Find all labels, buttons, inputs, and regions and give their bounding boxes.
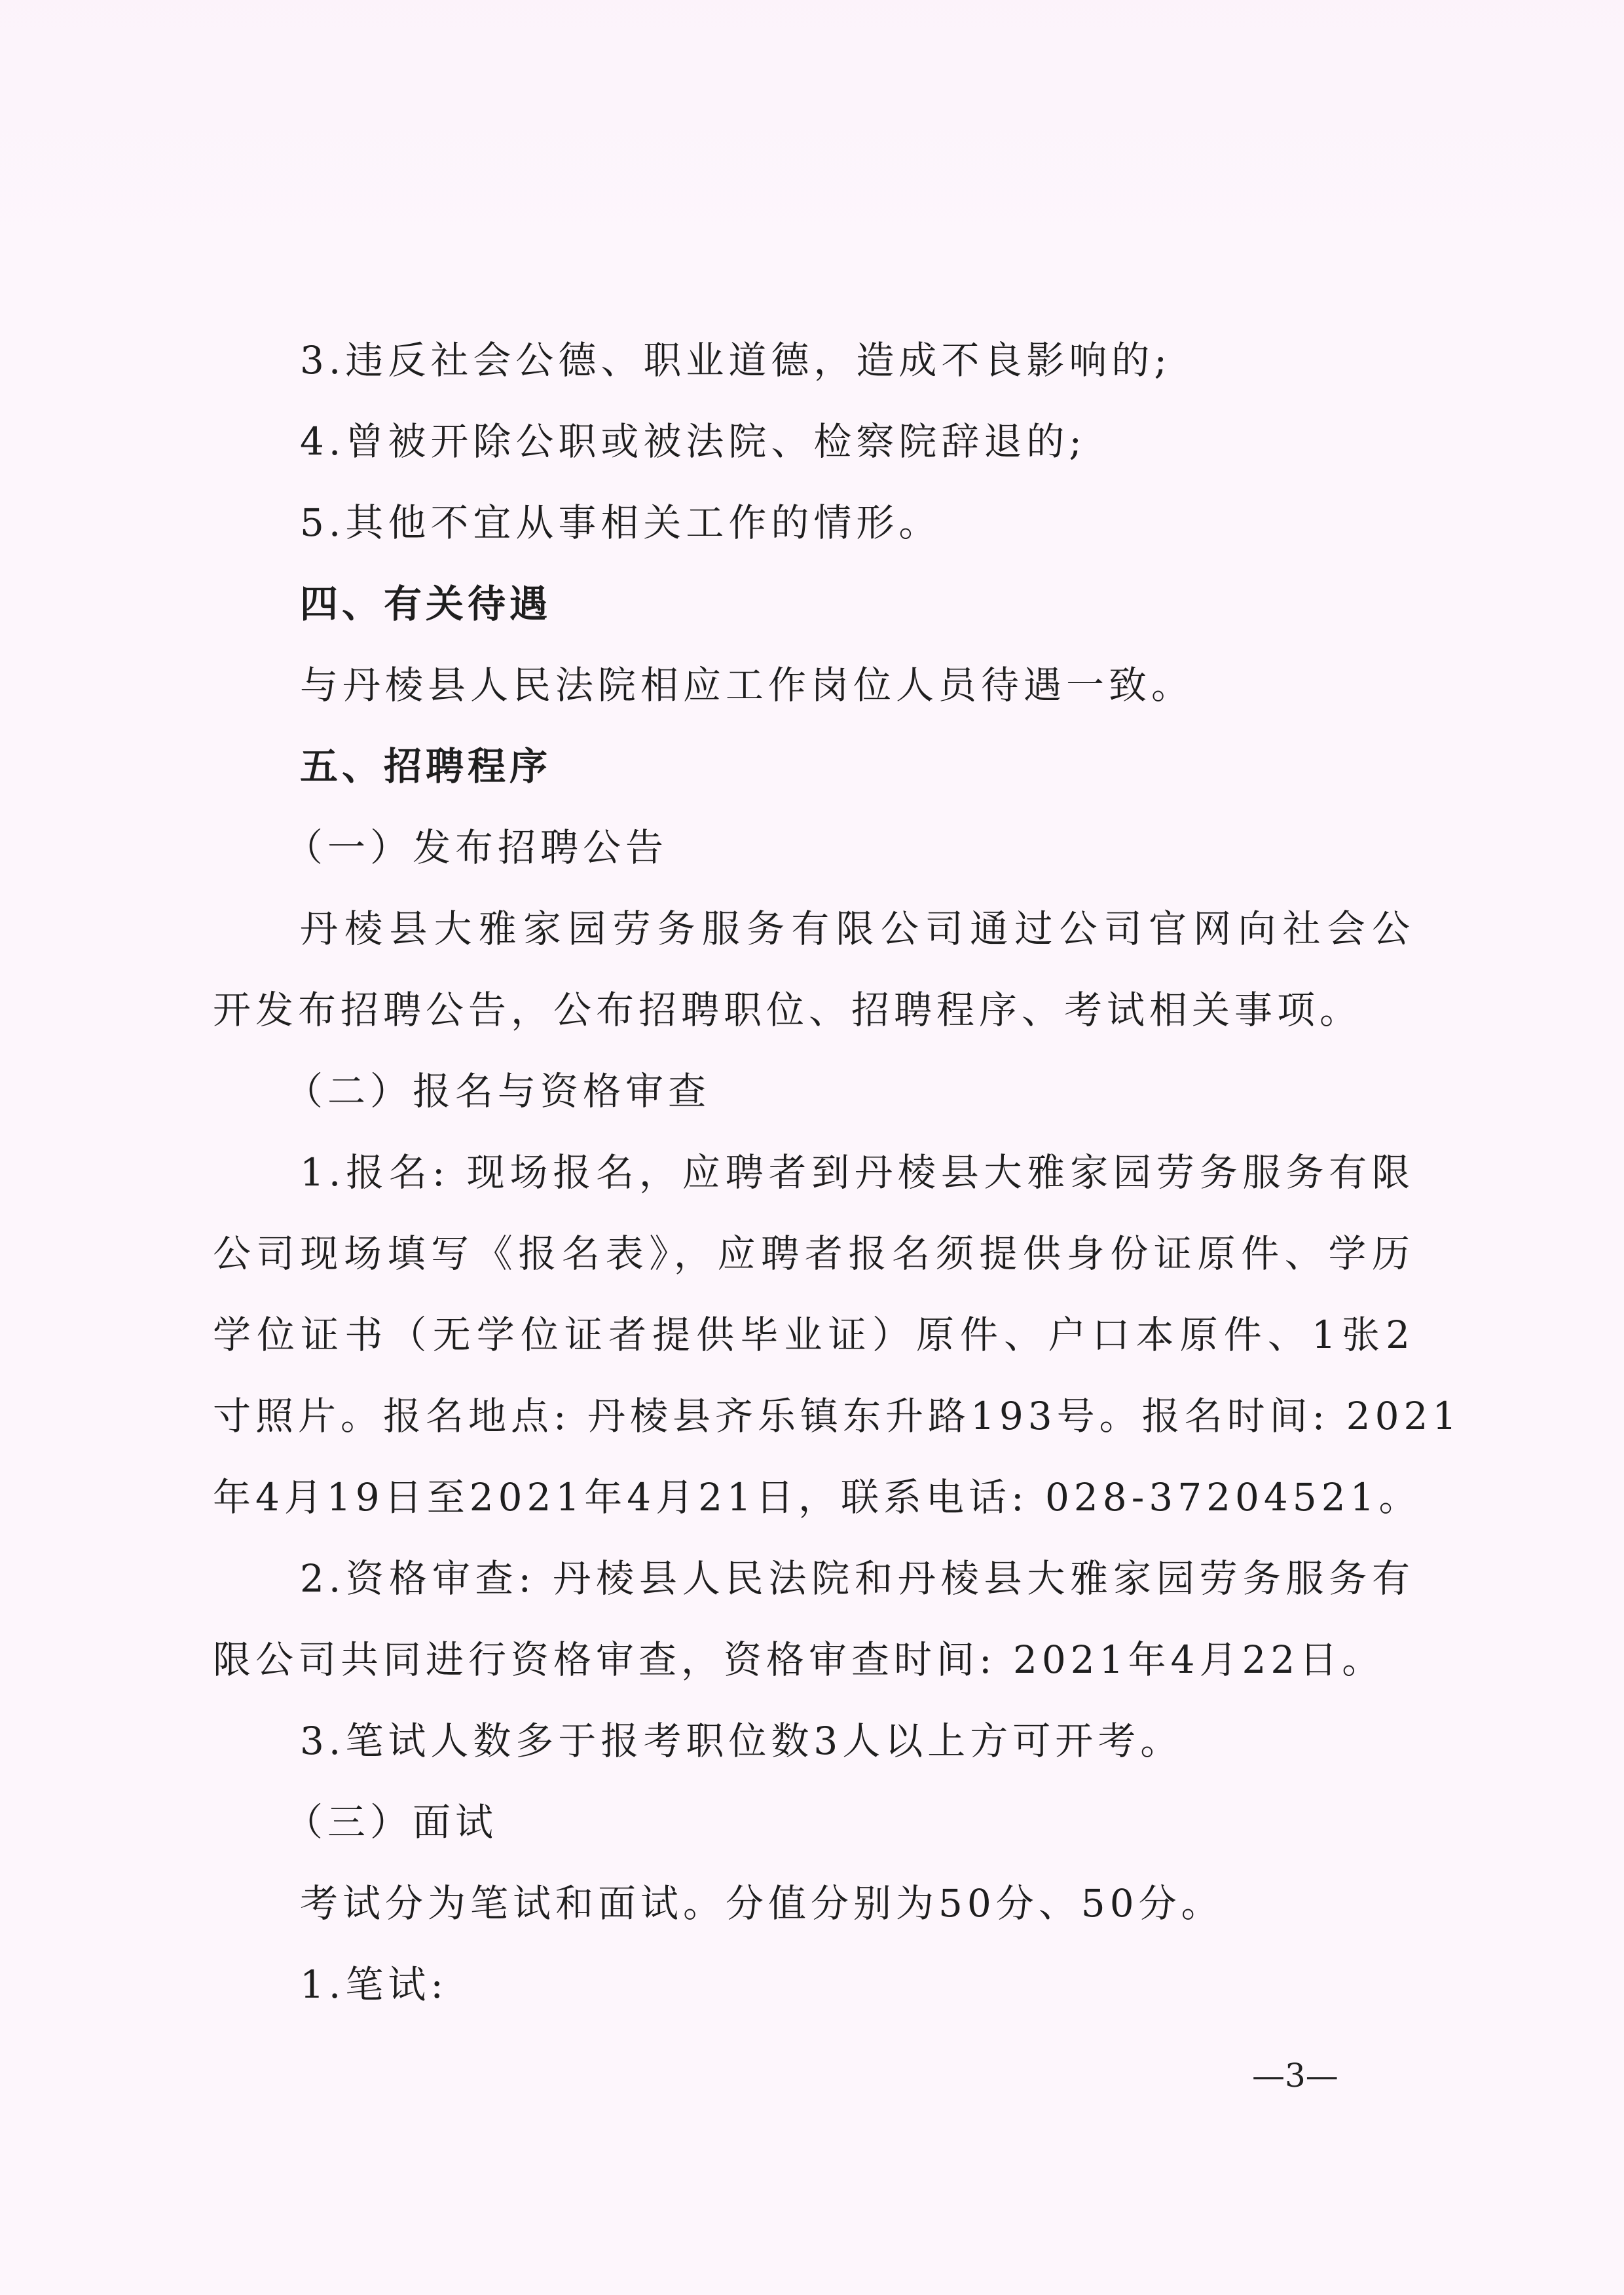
page-number: —3— [1252, 2057, 1338, 2095]
list-item-disqualification-4: 4.曾被开除公职或被法院、检察院辞退的; [300, 401, 1086, 482]
paragraph-publish-line-2: 开发布招聘公告，公布招聘职位、招聘程序、考试相关事项。 [213, 969, 1362, 1051]
paragraph-registration-line-4: 寸照片。报名地点: 丹棱县齐乐镇东升路193号。报名时间: 2021 [213, 1375, 1414, 1457]
subheading-registration-review: （二）报名与资格审查 [285, 1051, 710, 1132]
subheading-publish-notice: （一）发布招聘公告 [285, 807, 668, 888]
exam-threshold-text: 3.笔试人数多于报考职位数3人以上方可开考。 [300, 1700, 1183, 1782]
section-heading-procedure: 五、招聘程序 [300, 726, 551, 807]
section-heading-benefits: 四、有关待遇 [300, 563, 551, 644]
paragraph-review-line-2: 限公司共同进行资格审查，资格审查时间: 2021年4月22日。 [213, 1619, 1384, 1700]
paragraph-publish-line-1: 丹棱县大雅家园劳务服务有限公司通过公司官网向社会公 [300, 888, 1414, 969]
paragraph-registration-line-5: 年4月19日至2021年4月21日，联系电话: 028-37204521。 [213, 1457, 1422, 1538]
list-item-disqualification-3: 3.违反社会公德、职业道德，造成不良影响的; [300, 320, 1172, 401]
paragraph-registration-line-1: 1.报名: 现场报名，应聘者到丹棱县大雅家园劳务服务有限 [300, 1132, 1414, 1213]
written-exam-label: 1.笔试: [300, 1944, 448, 2025]
list-item-disqualification-5: 5.其他不宜从事相关工作的情形。 [300, 482, 941, 563]
benefits-text: 与丹棱县人民法院相应工作岗位人员待遇一致。 [300, 644, 1194, 726]
exam-score-text: 考试分为笔试和面试。分值分别为50分、50分。 [300, 1863, 1224, 1944]
subheading-interview: （三）面试 [285, 1782, 498, 1863]
paragraph-review-line-1: 2.资格审查: 丹棱县人民法院和丹棱县大雅家园劳务服务有 [300, 1538, 1414, 1619]
paragraph-registration-line-2: 公司现场填写《报名表》，应聘者报名须提供身份证原件、学历 [213, 1213, 1414, 1294]
paragraph-registration-line-3: 学位证书（无学位证者提供毕业证）原件、户口本原件、1张2 [213, 1294, 1414, 1375]
document-page: 3.违反社会公德、职业道德，造成不良影响的; 4.曾被开除公职或被法院、检察院辞… [0, 0, 1624, 2295]
